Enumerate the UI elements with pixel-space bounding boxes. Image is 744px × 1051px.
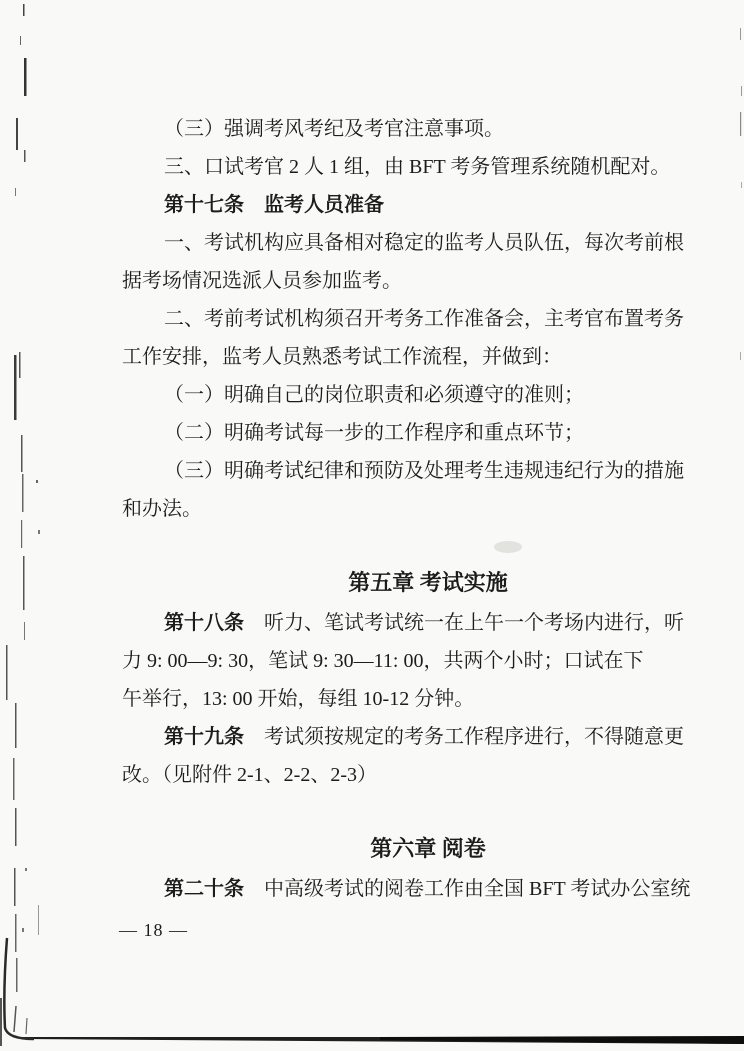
line-text: （一）明确自己的岗位职责和必须遵守的准则； (164, 384, 584, 406)
text-line: 二、考前考试机构须召开考务工作准备会，主考官布置考务 (122, 300, 700, 338)
line-text: 午举行，13: 00 开始，每组 10-12 分钟。 (122, 688, 474, 710)
chapter-heading: 第五章 考试实施 (122, 564, 700, 602)
text-line: 第十九条 考试须按规定的考务工作程序进行，不得随意更 (122, 718, 700, 756)
article-number: 第十七条 监考人员准备 (164, 194, 384, 216)
line-text: 考试须按规定的考务工作程序进行，不得随意更 (244, 726, 684, 748)
text-line: 三、口试考官 2 人 1 组，由 BFT 考务管理系统随机配对。 (122, 148, 700, 186)
text-line: 午举行，13: 00 开始，每组 10-12 分钟。 (122, 680, 700, 718)
text-line: 据考场情况选派人员参加监考。 (122, 262, 700, 300)
line-text: （三）明确考试纪律和预防及处理考生违规违纪行为的措施 (164, 460, 684, 482)
line-text: 二、考前考试机构须召开考务工作准备会，主考官布置考务 (164, 308, 684, 330)
line-text: 力 9: 00—9: 30，笔试 9: 30—11: 00，共两个小时；口试在下 (122, 650, 643, 672)
text-line: 一、考试机构应具备相对稳定的监考人员队伍，每次考前根 (122, 224, 700, 262)
line-text: 和办法。 (122, 498, 202, 520)
line-text: 据考场情况选派人员参加监考。 (122, 270, 402, 292)
text-line: 第十七条 监考人员准备 (122, 186, 700, 224)
line-text: 工作安排，监考人员熟悉考试工作流程，并做到： (122, 346, 562, 368)
line-text: （二）明确考试每一步的工作程序和重点环节； (164, 422, 584, 444)
article-number: 第五章 考试实施 (348, 570, 508, 595)
text-line: 和办法。 (122, 490, 700, 528)
text-line: 工作安排，监考人员熟悉考试工作流程，并做到： (122, 338, 700, 376)
scanned-document-page: （三）强调考风考纪及考官注意事项。三、口试考官 2 人 1 组，由 BFT 考务… (0, 0, 744, 1051)
line-text: 听力、笔试考试统一在上午一个考场内进行，听 (244, 612, 684, 634)
line-text: 改。（见附件 2-1、2-2、2-3） (122, 764, 377, 786)
line-text: 三、口试考官 2 人 1 组，由 BFT 考务管理系统随机配对。 (164, 156, 670, 178)
article-number: 第十八条 (164, 612, 244, 634)
text-line: （三）强调考风考纪及考官注意事项。 (122, 110, 700, 148)
text-line: （三）明确考试纪律和预防及处理考生违规违纪行为的措施 (122, 452, 700, 490)
article-number: 第二十条 (164, 878, 244, 900)
line-text: 中高级考试的阅卷工作由全国 BFT 考试办公室统 (244, 878, 690, 900)
article-number: 第十九条 (164, 726, 244, 748)
text-line: （二）明确考试每一步的工作程序和重点环节； (122, 414, 700, 452)
document-lines: （三）强调考风考纪及考官注意事项。三、口试考官 2 人 1 组，由 BFT 考务… (122, 110, 700, 908)
article-number: 第六章 阅卷 (370, 836, 486, 861)
text-line: 第二十条 中高级考试的阅卷工作由全国 BFT 考试办公室统 (122, 870, 700, 908)
text-line: 第十八条 听力、笔试考试统一在上午一个考场内进行，听 (122, 604, 700, 642)
text-line: 力 9: 00—9: 30，笔试 9: 30—11: 00，共两个小时；口试在下 (122, 642, 700, 680)
text-line: 改。（见附件 2-1、2-2、2-3） (122, 756, 700, 794)
page-number: — 18 — (119, 920, 188, 941)
line-text: （三）强调考风考纪及考官注意事项。 (164, 118, 504, 140)
line-text: 一、考试机构应具备相对稳定的监考人员队伍，每次考前根 (164, 232, 684, 254)
chapter-heading: 第六章 阅卷 (122, 830, 700, 868)
text-line: （一）明确自己的岗位职责和必须遵守的准则； (122, 376, 700, 414)
